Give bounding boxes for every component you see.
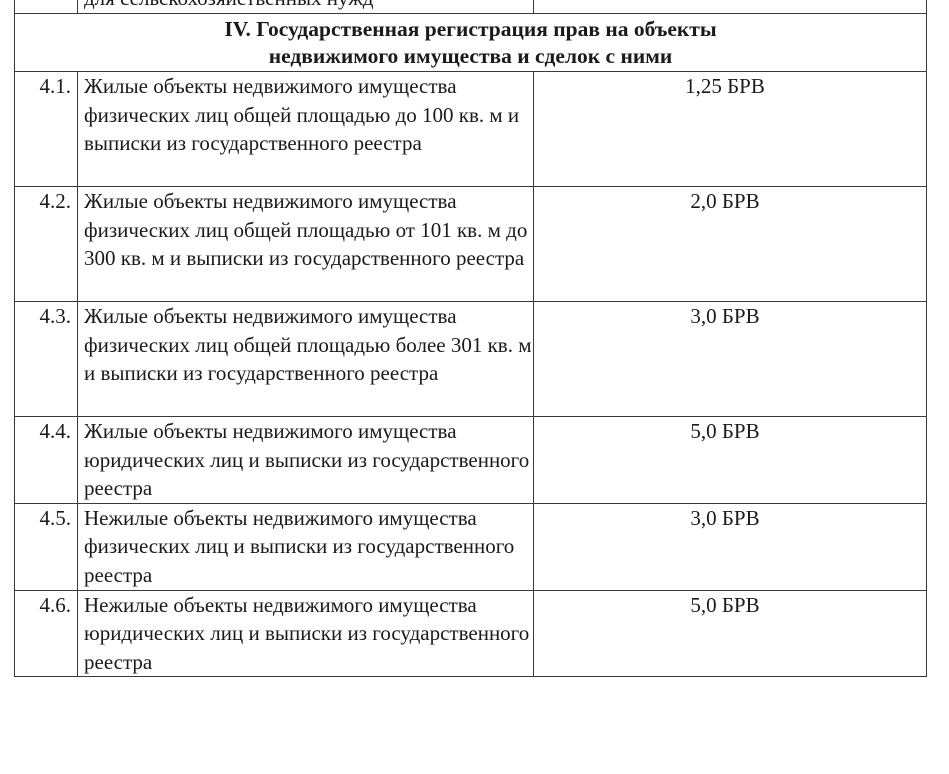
row-description: Жилые объекты недвижимого имущества физи… bbox=[78, 302, 534, 417]
row-number-cell bbox=[15, 0, 78, 14]
row-description: Жилые объекты недвижимого имущества физи… bbox=[78, 72, 534, 187]
table-row: 4.2. Жилые объекты недвижимого имущества… bbox=[15, 187, 927, 302]
row-number: 4.2. bbox=[15, 187, 78, 302]
section-title: IV. Государственная регистрация прав на … bbox=[15, 14, 927, 72]
row-fee-cell bbox=[534, 0, 927, 14]
row-description: Жилые объекты недвижимого имущества юрид… bbox=[78, 417, 534, 504]
row-description: Жилые объекты недвижимого имущества физи… bbox=[78, 187, 534, 302]
table-row: 4.6. Нежилые объекты недвижимого имущест… bbox=[15, 590, 927, 677]
section-title-line-2: недвижимого имущества и сделок с ними bbox=[15, 43, 926, 70]
row-description: Нежилые объекты недвижимого имущества юр… bbox=[78, 590, 534, 677]
row-number: 4.3. bbox=[15, 302, 78, 417]
row-fee: 5,0 БРВ bbox=[534, 590, 927, 677]
row-fee: 2,0 БРВ bbox=[534, 187, 927, 302]
row-number: 4.4. bbox=[15, 417, 78, 504]
document-page: для сельскохозяйственных нужд IV. Госуда… bbox=[14, 0, 926, 677]
fee-table: для сельскохозяйственных нужд IV. Госуда… bbox=[14, 0, 927, 677]
row-fee: 3,0 БРВ bbox=[534, 503, 927, 590]
table-row: 4.4. Жилые объекты недвижимого имущества… bbox=[15, 417, 927, 504]
section-header-row: IV. Государственная регистрация прав на … bbox=[15, 14, 927, 72]
row-fee: 5,0 БРВ bbox=[534, 417, 927, 504]
row-description-cell: для сельскохозяйственных нужд bbox=[78, 0, 534, 14]
row-fee: 3,0 БРВ bbox=[534, 302, 927, 417]
previous-row-fragment: для сельскохозяйственных нужд bbox=[15, 0, 927, 14]
row-description: для сельскохозяйственных нужд bbox=[84, 0, 373, 10]
row-number: 4.5. bbox=[15, 503, 78, 590]
row-number: 4.6. bbox=[15, 590, 78, 677]
row-description: Нежилые объекты недвижимого имущества фи… bbox=[78, 503, 534, 590]
row-fee: 1,25 БРВ bbox=[534, 72, 927, 187]
table-row: 4.1. Жилые объекты недвижимого имущества… bbox=[15, 72, 927, 187]
table-row: 4.3. Жилые объекты недвижимого имущества… bbox=[15, 302, 927, 417]
section-title-line-1: IV. Государственная регистрация прав на … bbox=[15, 16, 926, 43]
table-row: 4.5. Нежилые объекты недвижимого имущест… bbox=[15, 503, 927, 590]
row-number: 4.1. bbox=[15, 72, 78, 187]
